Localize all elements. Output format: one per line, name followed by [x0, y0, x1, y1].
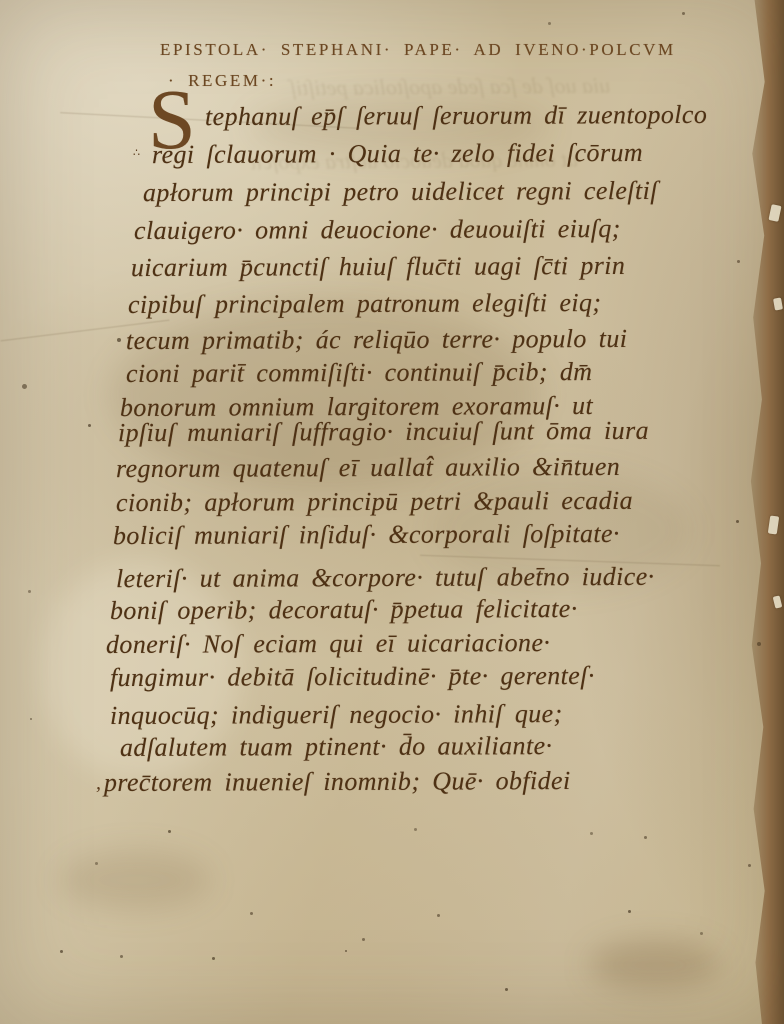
- parchment-speck: [345, 950, 347, 952]
- parchment-speck: [30, 718, 32, 720]
- parchment-speck: [414, 828, 417, 831]
- manuscript-line: prec̄torem inuenieſ inomnib; Quē· obfide…: [104, 768, 571, 796]
- marginal-mark: ,: [96, 772, 101, 795]
- manuscript-line: regnorum quatenuſ eī uallat̂ auxilio &in…: [116, 454, 620, 482]
- manuscript-line: tecum primatib; ác reliqūo terre· populo…: [126, 326, 627, 354]
- manuscript-line: adſalutem tuam ptinent· d̄o auxiliante·: [120, 733, 552, 761]
- parchment-speck: [362, 938, 365, 941]
- parchment-speck: [88, 424, 91, 427]
- manuscript-line: uicarium p̄cunctiſ huiuſ fluc̄ti uagi ſc…: [131, 253, 625, 281]
- manuscript-line: cipibuſ principalem patronum elegiſti ei…: [128, 290, 602, 318]
- manuscript-line: apłorum principi petro uidelicet regni c…: [143, 178, 658, 206]
- manuscript-page: uia uoſ de ſca ſede apoſtolica petiſtiſ …: [0, 0, 784, 1024]
- parchment-speck: [548, 22, 551, 25]
- torn-edge: [738, 0, 784, 1024]
- parchment-speck: [682, 12, 685, 15]
- parchment-speck: [95, 862, 98, 865]
- parchment-speck: [250, 912, 253, 915]
- parchment-speck: [628, 910, 631, 913]
- parchment-speck: [644, 836, 647, 839]
- manuscript-line: inquocūq; indigueriſ negocio· inhiſ que;: [110, 701, 563, 729]
- parchment-speck: [700, 932, 703, 935]
- manuscript-line: fungimur· debitā ſolicitudinē· p̄te· ger…: [110, 663, 595, 691]
- marginal-mark: ∴: [133, 146, 140, 159]
- manuscript-line: boliciſ muniariſ inſiduſ· &corporali ſoſ…: [113, 521, 620, 549]
- manuscript-line: regi ſclauorum · Quia te· zelo fidei ſcō…: [152, 140, 643, 168]
- parchment-speck: [737, 260, 740, 263]
- manuscript-line: doneriſ· Noſ eciam qui eī uicariacione·: [106, 630, 550, 658]
- parchment-speck: [748, 864, 751, 867]
- rubric-title-line1: EPISTOLA· STEPHANI· PAPE· AD IVENO·POLCV…: [160, 40, 676, 60]
- manuscript-line: cionib; apłorum principū petri &pauli ec…: [116, 488, 633, 516]
- bleedthrough-text: uia uoſ de ſca ſede apoſtolica petiſtiſ: [290, 73, 610, 102]
- parchment-speck: [212, 957, 215, 960]
- parchment-speck: [28, 590, 31, 593]
- parchment-speck: [590, 832, 593, 835]
- parchment-speck: [117, 338, 121, 342]
- parchment-speck: [505, 988, 508, 991]
- manuscript-line: cioni parit̄ commiſiſti· continuiſ p̄cib…: [126, 359, 593, 387]
- parchment-stain: [60, 850, 210, 910]
- parchment-stain: [590, 940, 720, 990]
- parchment-speck: [736, 520, 739, 523]
- manuscript-line: clauigero· omni deuocione· deuouiſti eiu…: [134, 216, 621, 244]
- manuscript-line: leteriſ· ut anima &corpore· tutuſ abet̄n…: [116, 564, 655, 592]
- parchment-speck: [120, 955, 123, 958]
- manuscript-line: tephanuſ ep̄ſ ſeruuſ ſeruorum dī zuentop…: [205, 102, 707, 130]
- manuscript-line: boniſ operib; decoratuſ· p̄petua felicit…: [110, 596, 578, 624]
- manuscript-line: ipſiuſ muniariſ ſuffragio· incuiuſ ſunt …: [118, 418, 649, 446]
- parchment-speck: [60, 950, 63, 953]
- parchment-speck: [168, 830, 171, 833]
- parchment-speck: [22, 384, 27, 389]
- parchment-speck: [437, 914, 440, 917]
